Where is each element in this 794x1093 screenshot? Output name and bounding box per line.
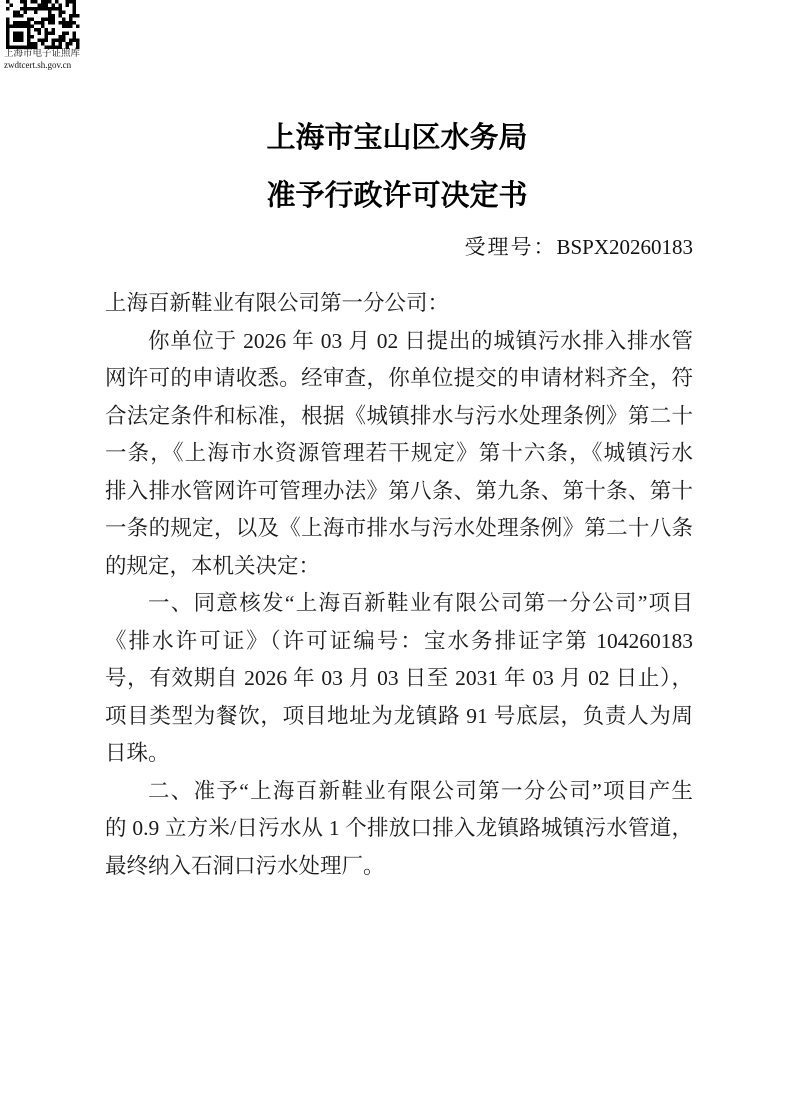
acceptance-number: BSPX20260183 xyxy=(556,235,693,259)
acceptance-number-line: 受理号：BSPX20260183 xyxy=(464,233,693,261)
document-type-title: 准予行政许可决定书 xyxy=(0,180,794,212)
body-line: 一条，《上海市水资源管理若干规定》第十六条，《城镇污水 xyxy=(105,435,693,473)
qr-url: zwdtcert.sh.gov.cn xyxy=(4,60,94,71)
body-line: 上海百新鞋业有限公司第一分公司： xyxy=(105,285,693,323)
license-decision-document: 上海市电子证照库 zwdtcert.sh.gov.cn 上海市宝山区水务局 准予… xyxy=(0,0,794,1093)
body-line: 你单位于 2026 年 03 月 02 日提出的城镇污水排入排水管 xyxy=(105,323,693,361)
body-line: 日珠。 xyxy=(105,735,693,773)
body-line: 二、准予“上海百新鞋业有限公司第一分公司”项目产生 xyxy=(105,773,693,811)
body-line: 网许可的申请收悉。经审查，你单位提交的申请材料齐全，符 xyxy=(105,360,693,398)
body-line: 号，有效期自 2026 年 03 月 03 日至 2031 年 03 月 02 … xyxy=(105,660,693,698)
body-line: 的规定，本机关决定： xyxy=(105,548,693,586)
body-line: 排入排水管网许可管理办法》第八条、第九条、第十条、第十 xyxy=(105,473,693,511)
body-line: 合法定条件和标准，根据《城镇排水与污水处理条例》第二十 xyxy=(105,398,693,436)
body-line: 最终纳入石洞口污水处理厂。 xyxy=(105,848,693,886)
body-line: 一、同意核发“上海百新鞋业有限公司第一分公司”项目 xyxy=(105,585,693,623)
body-line: 一条的规定，以及《上海市排水与污水处理条例》第二十八条 xyxy=(105,510,693,548)
acceptance-label: 受理号： xyxy=(464,235,556,259)
body-text: 上海百新鞋业有限公司第一分公司：你单位于 2026 年 03 月 02 日提出的… xyxy=(105,285,693,885)
body-line: 《排水许可证》（许可证编号：宝水务排证字第 104260183 xyxy=(105,623,693,661)
qr-code-icon xyxy=(6,0,80,49)
qr-code-block: 上海市电子证照库 zwdtcert.sh.gov.cn xyxy=(4,0,94,71)
body-line: 的 0.9 立方米/日污水从 1 个排放口排入龙镇路城镇污水管道， xyxy=(105,810,693,848)
qr-caption: 上海市电子证照库 xyxy=(4,49,94,60)
body-line: 项目类型为餐饮，项目地址为龙镇路 91 号底层，负责人为周 xyxy=(105,698,693,736)
agency-title: 上海市宝山区水务局 xyxy=(0,122,794,154)
